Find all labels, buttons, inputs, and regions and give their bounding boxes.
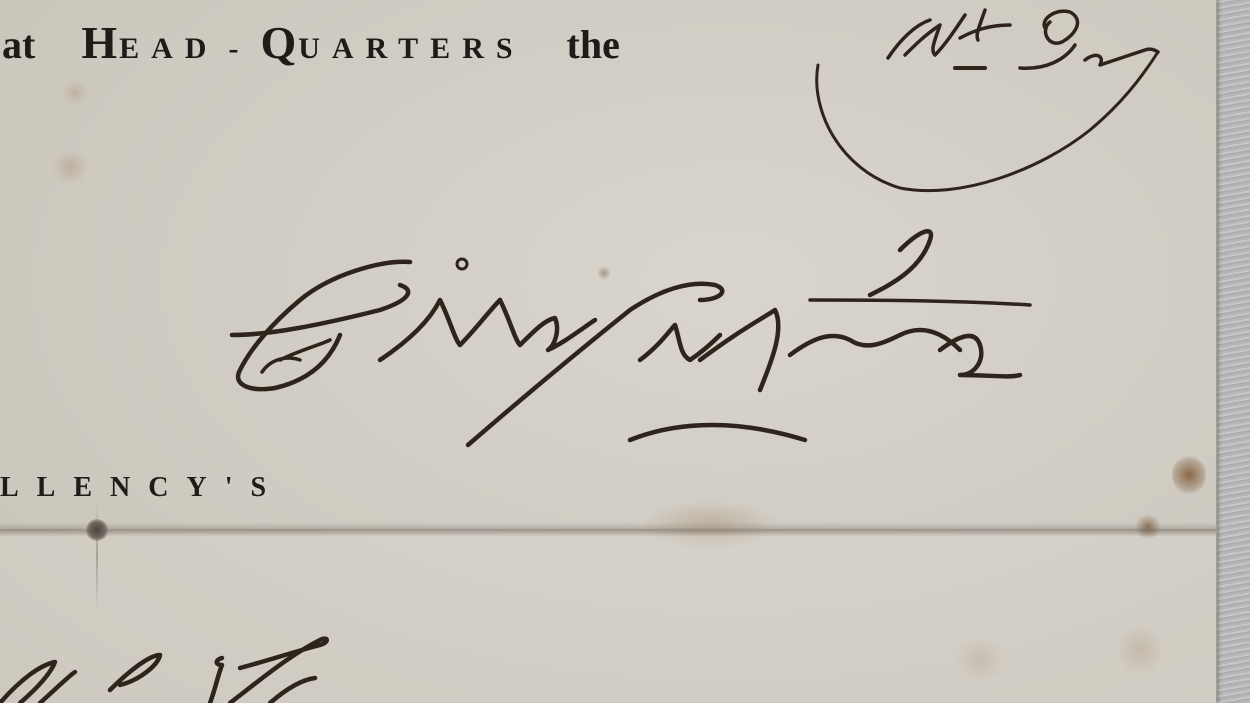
document-paper: at HEAD - QUARTERS the LLENCY'S — [0, 0, 1217, 703]
gray-backing-board — [1212, 0, 1250, 703]
signature — [232, 231, 1030, 445]
handwriting-layer — [0, 0, 1216, 703]
lower-handwriting — [0, 639, 327, 703]
handwritten-date — [817, 10, 1158, 191]
